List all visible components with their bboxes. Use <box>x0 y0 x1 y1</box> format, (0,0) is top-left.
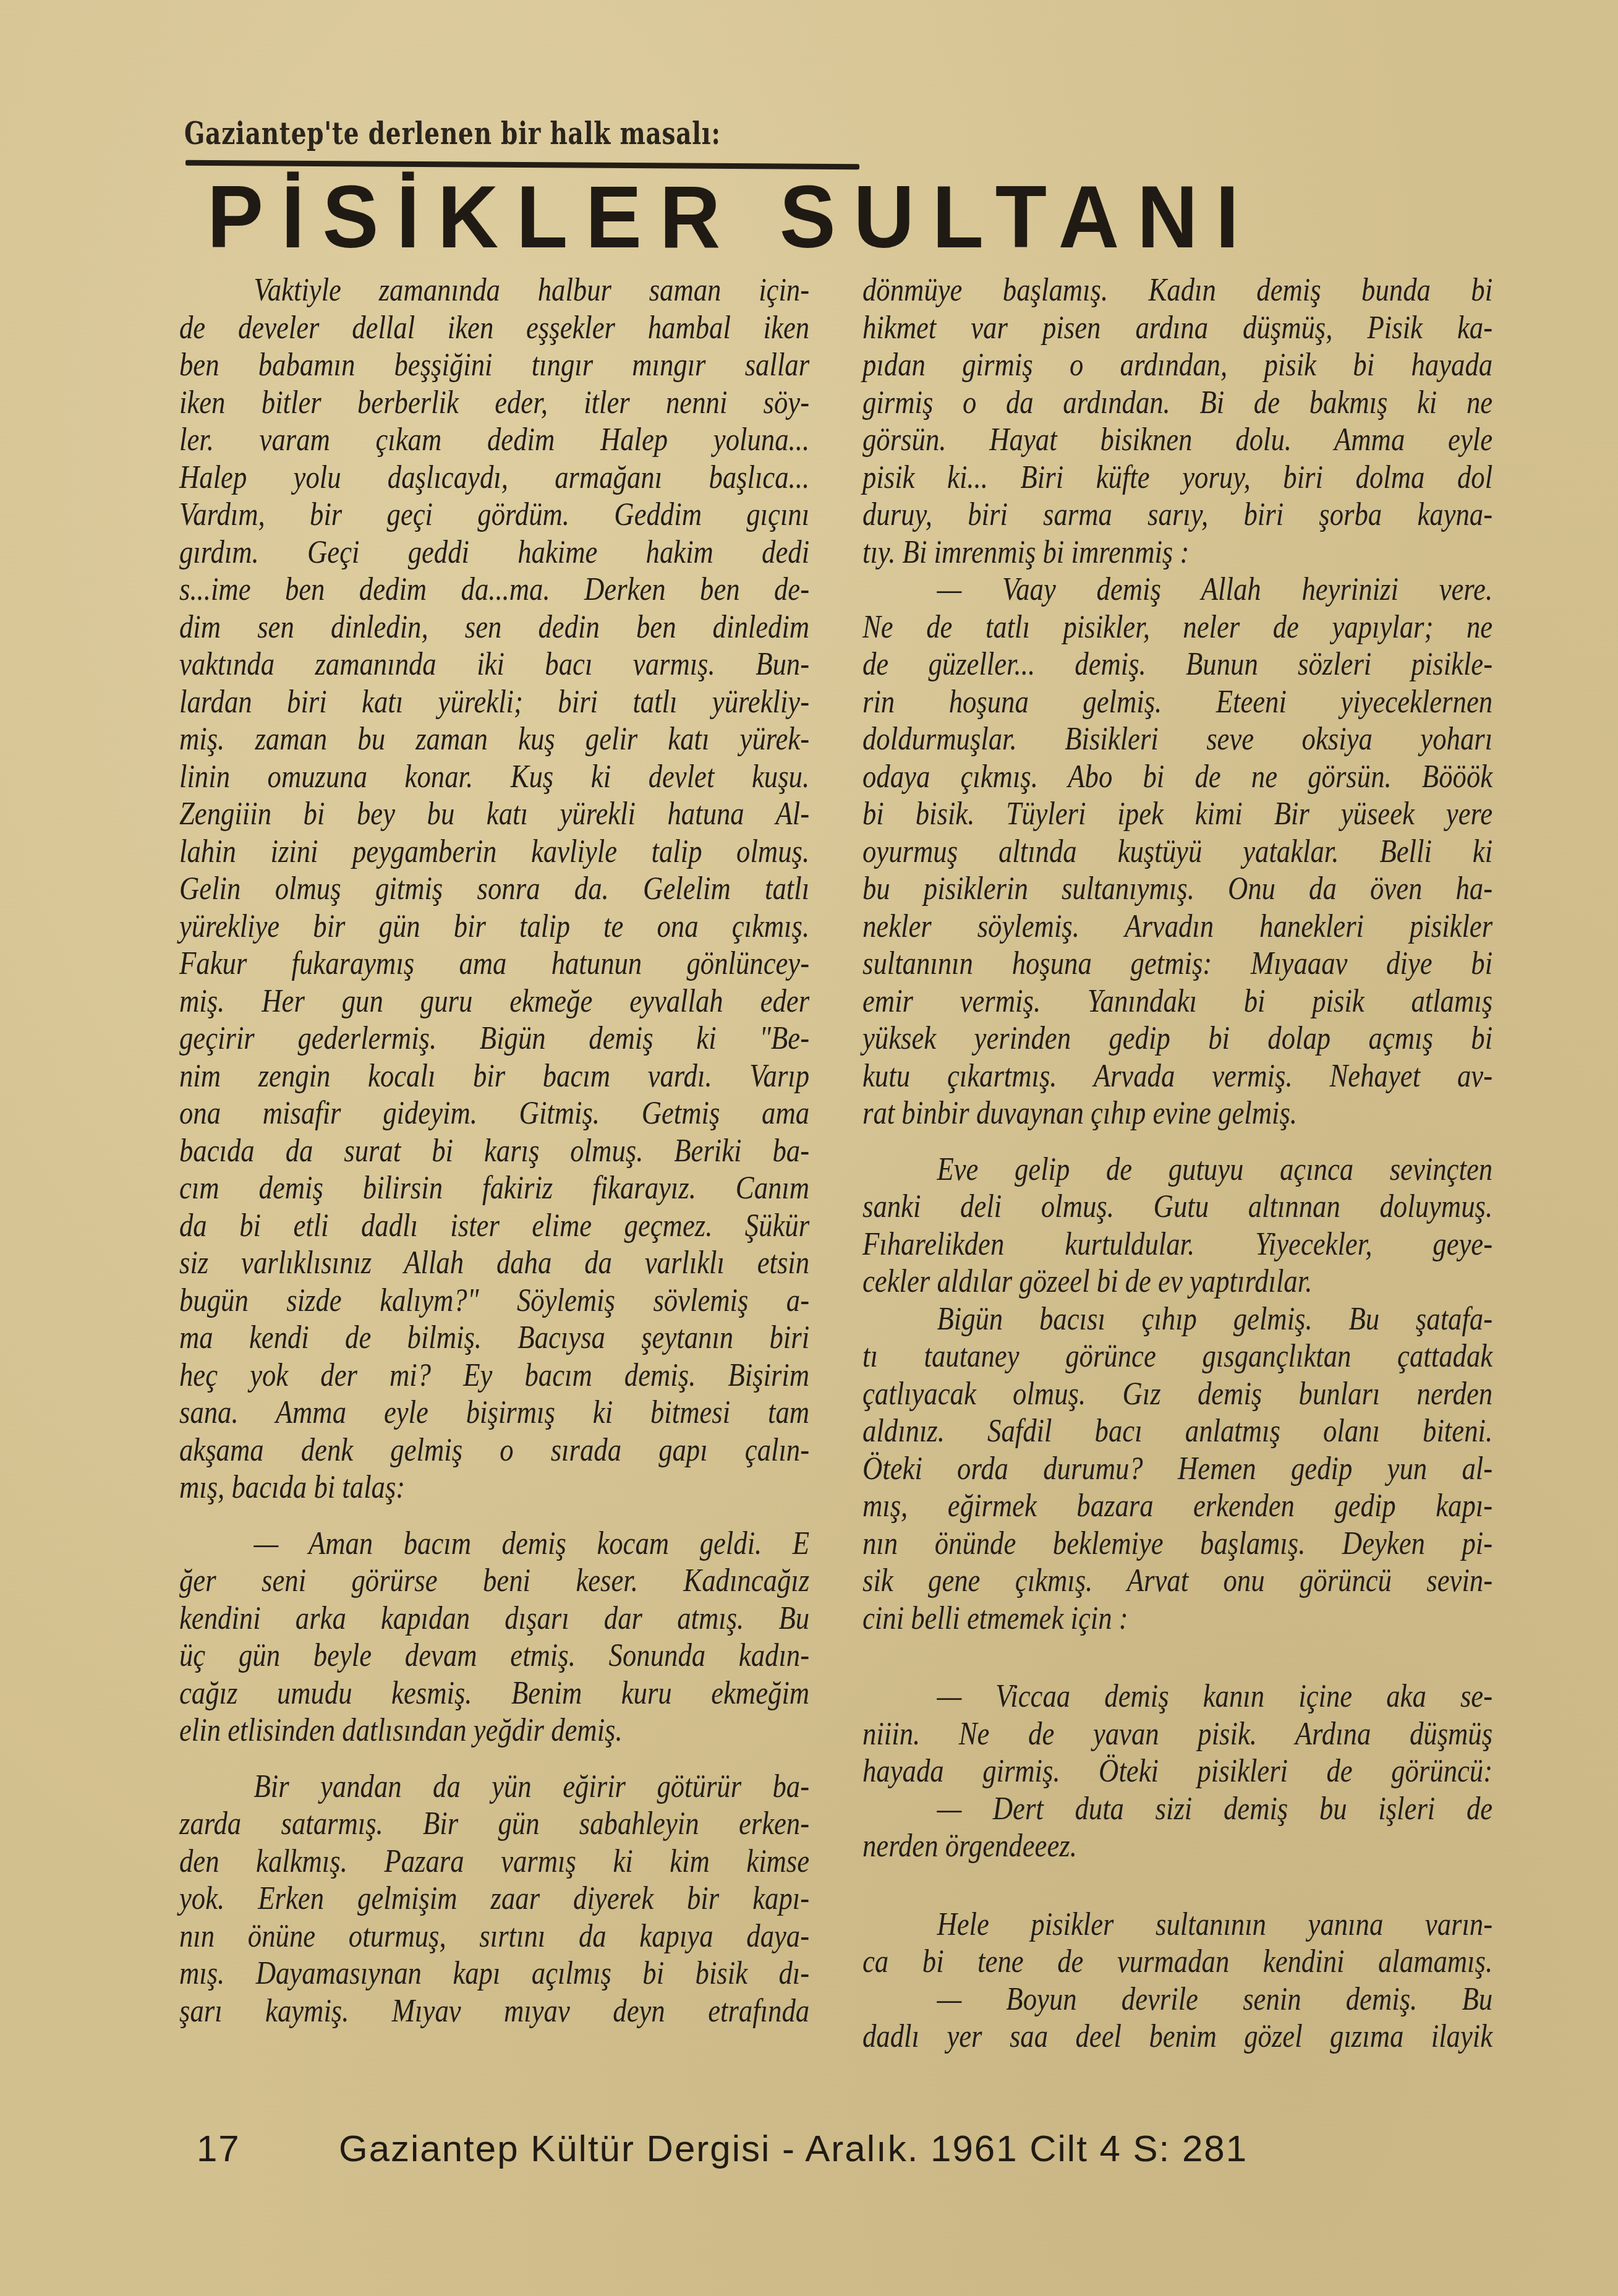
text-line: siz varlıklısınız Allah daha da varlıklı… <box>179 1245 809 1282</box>
text-line: iken bitler berberlik eder, itler nenni … <box>179 385 809 422</box>
text-line: zarda satarmış. Bir gün sabahleyin erken… <box>179 1806 809 1843</box>
text-line: Fakur fukaraymış ama hatunun gönlünceу- <box>179 945 809 983</box>
paragraph-gap <box>179 1507 810 1526</box>
text-line: Ne de tatlı pisikler, neler de yapıylar;… <box>862 609 1492 647</box>
text-line: bi bisik. Tüyleri ipek kimi Bir yüseek y… <box>862 796 1492 834</box>
text-line: dim sen dinledin, sen dedin ben dinledim <box>179 609 809 647</box>
text-line: elin etlisinden datlısından yeğdir demiş… <box>179 1712 809 1750</box>
article-column-right: dönmüye başlamış. Kadın demiş bunda bihi… <box>862 272 1493 2056</box>
text-line: — Dert duta sizi demiş bu işleri de <box>862 1791 1492 1829</box>
text-line: üç gün beyle devam etmiş. Sonunda kadın- <box>179 1637 809 1675</box>
text-line: mış, eğirmek bazara erkenden gedip kapı- <box>862 1488 1492 1526</box>
text-line: mış. Dayamasıynan kapı açılmış bi bisik … <box>179 1955 809 1993</box>
text-line: rin hoşuna gelmiş. Eteeni yiyeceklernen <box>862 684 1492 722</box>
text-line: Öteki orda durumu? Hemen gedip yun al- <box>862 1451 1492 1488</box>
text-line: hikmet var pisen ardına düşmüş, Pisik ka… <box>862 310 1492 348</box>
text-line: sana. Amma eyle bişirmış ki bitmesi tam <box>179 1394 809 1432</box>
text-line: ca bi tene de vurmadan kendini alamamış. <box>862 1944 1492 1981</box>
text-line: Zengiiin bi bey bu katı yürekli hatuna A… <box>179 796 809 834</box>
text-line: tı tautaney görünce gısgançlıktan çattad… <box>862 1338 1492 1376</box>
text-line: niiin. Ne de yavan pisik. Ardına düşmüş <box>862 1716 1492 1754</box>
text-line: — Aman bacım demiş kocam geldi. E <box>179 1526 809 1563</box>
page-number: 17 <box>197 2127 339 2170</box>
article-title: PİSİKLER SULTANI <box>207 167 1513 268</box>
text-line: cekler aldılar gözeel bi de ev yaptırdıl… <box>862 1263 1492 1301</box>
text-line: bugün sizde kalıym?" Söylemiş sövlemiş a… <box>179 1282 809 1320</box>
text-line: ğer seni görürse beni keser. Kadıncağız <box>179 1563 809 1600</box>
article-kicker: Gaziantep'te derlenen bir halk masalı: <box>184 115 721 152</box>
text-line: pisik ki... Biri küfte yoruy, biri dolma… <box>862 459 1492 497</box>
text-line: sultanının hoşuna getmiş: Mıyaaav diye b… <box>862 945 1492 983</box>
text-line: sanki deli olmuş. Gutu altınnan doluymuş… <box>862 1189 1492 1226</box>
text-line: lardan biri katı yürekli; biri tatlı yür… <box>179 684 809 722</box>
text-line: Halep yolu daşlıcaydı, armağanı başlıca.… <box>179 459 809 497</box>
text-line: yüksek yerinden gedip bi dolap açmış bi <box>862 1020 1492 1058</box>
paragraph-gap <box>179 1750 810 1769</box>
text-line: ona misafir gideyim. Gitmiş. Getmiş ama <box>179 1095 809 1133</box>
text-line: akşama denk gelmiş o sırada gapı çalın- <box>179 1432 809 1470</box>
text-line: görsün. Hayat bisiknen dolu. Amma eyle <box>862 422 1492 459</box>
text-line: kutu çıkartmış. Arvada vermiş. Nehayet a… <box>862 1058 1492 1096</box>
text-line: Hele pisikler sultanının yanına varın- <box>862 1906 1492 1944</box>
text-line: nerden örgendeeez. <box>862 1828 1492 1866</box>
text-line: nim zengin kocalı bir bacım vardı. Varıp <box>179 1058 809 1096</box>
text-line: gırdım. Geçi geddi hakime hakim dedi <box>179 534 809 572</box>
text-line: duruy, biri sarma sarıy, biri şorba kayn… <box>862 497 1492 534</box>
text-line: de develer dellal iken eşşekler hambal i… <box>179 310 809 348</box>
text-line: ben babamın beşşiğini tıngır mıngır sall… <box>179 347 809 385</box>
text-line: sik gene çıkmış. Arvat onu görüncü sevin… <box>862 1563 1492 1600</box>
text-line: Vaktiyle zamanında halbur saman için- <box>179 272 809 310</box>
text-line: Vardım, bir geçi gördüm. Geddim gıçını <box>179 497 809 534</box>
text-line: pıdan girmiş o ardından, pisik bi hayada <box>862 347 1492 385</box>
text-line: Gelin olmuş gitmiş sonra da. Gelelim tat… <box>179 871 809 908</box>
text-line: mış, bacıda bi talaş: <box>179 1469 809 1507</box>
text-line: bacıda da surat bi karış olmuş. Beriki b… <box>179 1133 809 1171</box>
text-line: odaya çıkmış. Abo bi de ne görsün. Bööök <box>862 759 1492 796</box>
text-line: — Boyun devrile senin demiş. Bu <box>862 1981 1492 2019</box>
text-line: de güzeller... demiş. Bunun sözleri pisi… <box>862 646 1492 684</box>
text-line: linin omuzuna konar. Kuş ki devlet kuşu. <box>179 759 809 796</box>
text-line: tıy. Bi imrenmiş bi imrenmiş : <box>862 534 1492 572</box>
text-line: emir vermiş. Yanındakı bi pisik atlamış <box>862 983 1492 1021</box>
text-line: geçirir gederlermiş. Bigün demiş ki "Be- <box>179 1020 809 1058</box>
text-line: yürekliye bir gün bir talip te ona çıkmı… <box>179 908 809 946</box>
text-line: oyurmuş altında kuştüyü yataklar. Belli … <box>862 834 1492 871</box>
text-line: cım demiş bilirsin fakiriz fikarayız. Ca… <box>179 1170 809 1208</box>
text-line: Bigün bacısı çıhıp gelmiş. Bu şatafa- <box>862 1301 1492 1339</box>
text-line: nın önüne oturmuş, sırtını da kapıya day… <box>179 1918 809 1956</box>
paragraph-gap <box>862 1866 1493 1906</box>
text-line: Eve gelip de gutuyu açınca sevinçten <box>862 1151 1492 1189</box>
text-line: heç yok der mi? Ey bacım demiş. Bişirim <box>179 1357 809 1395</box>
text-line: cini belli etmemek için : <box>862 1600 1492 1638</box>
text-line: ler. varam çıkam dedim Halep yoluna... <box>179 422 809 459</box>
text-line: aldınız. Safdil bacı anlatmış olanı bite… <box>862 1413 1492 1451</box>
text-line: kendini arka kapıdan dışarı dar atmış. B… <box>179 1600 809 1638</box>
text-line: doldurmuşlar. Bisikleri seve oksiya yoha… <box>862 721 1492 759</box>
text-line: nekler söylemiş. Arvadın hanekleri pisik… <box>862 908 1492 946</box>
text-line: miş. Her gun guru ekmeğe eyvallah eder <box>179 983 809 1021</box>
text-line: çatlıyacak olmuş. Gız demiş bunları nerd… <box>862 1376 1492 1414</box>
text-line: miş. zaman bu zaman kuş gelir katı yürek… <box>179 721 809 759</box>
text-line: vaktında zamanında iki bacı varmış. Bun- <box>179 646 809 684</box>
text-line: bu pisiklerin sultanıymış. Onu da öven h… <box>862 871 1492 908</box>
text-line: Fıharelikden kurtuldular. Yiyecekler, ge… <box>862 1226 1492 1264</box>
article-column-left: Vaktiyle zamanında halbur saman için-de … <box>179 272 810 2030</box>
text-line: nın önünde beklemiye başlamış. Deyken pi… <box>862 1526 1492 1563</box>
text-line: den kalkmış. Pazara varmış ki kim kimse <box>179 1843 809 1881</box>
text-line: rat binbir duvaynan çıhıp evine gelmiş. <box>862 1095 1492 1133</box>
text-line: ma kendi de bilmiş. Bacıysa şeytanın bir… <box>179 1320 809 1357</box>
paragraph-gap <box>862 1133 1493 1151</box>
text-line: dadlı yer saa deel benim gözel gızıma il… <box>862 2018 1492 2056</box>
text-line: cağız umudu kesmiş. Benim kuru ekmeğim <box>179 1675 809 1713</box>
text-line: s...ime ben dedim da...ma. Derken ben de… <box>179 571 809 609</box>
text-line: hayada girmiş. Öteki pisikleri de görünc… <box>862 1753 1492 1791</box>
text-line: da bi etli dadlı ister elime geçmez. Şük… <box>179 1208 809 1245</box>
paragraph-gap <box>862 1637 1493 1678</box>
text-line: dönmüye başlamış. Kadın demiş bunda bi <box>862 272 1492 310</box>
publication-info: Gaziantep Kültür Dergisi - Aralık. 1961 … <box>339 2128 1248 2169</box>
text-line: Bir yandan da yün eğirir götürür ba- <box>179 1769 809 1806</box>
text-line: şarı kaymiş. Mıyav mıyav deyn etrafında <box>179 1993 809 2031</box>
text-line: — Viccaa demiş kanın içine aka se- <box>862 1678 1492 1716</box>
text-line: yok. Erken gelmişim zaar diyerek bir kap… <box>179 1880 809 1918</box>
page-footer: 17Gaziantep Kültür Dergisi - Aralık. 196… <box>197 2127 1248 2170</box>
magazine-page: Gaziantep'te derlenen bir halk masalı: P… <box>0 0 1618 2296</box>
text-line: lahin izini peygamberin kavliyle talip o… <box>179 834 809 871</box>
text-line: girmiş o da ardından. Bi de bakmış ki ne <box>862 385 1492 422</box>
text-line: — Vaay demiş Allah heyrinizi vere. <box>862 571 1492 609</box>
